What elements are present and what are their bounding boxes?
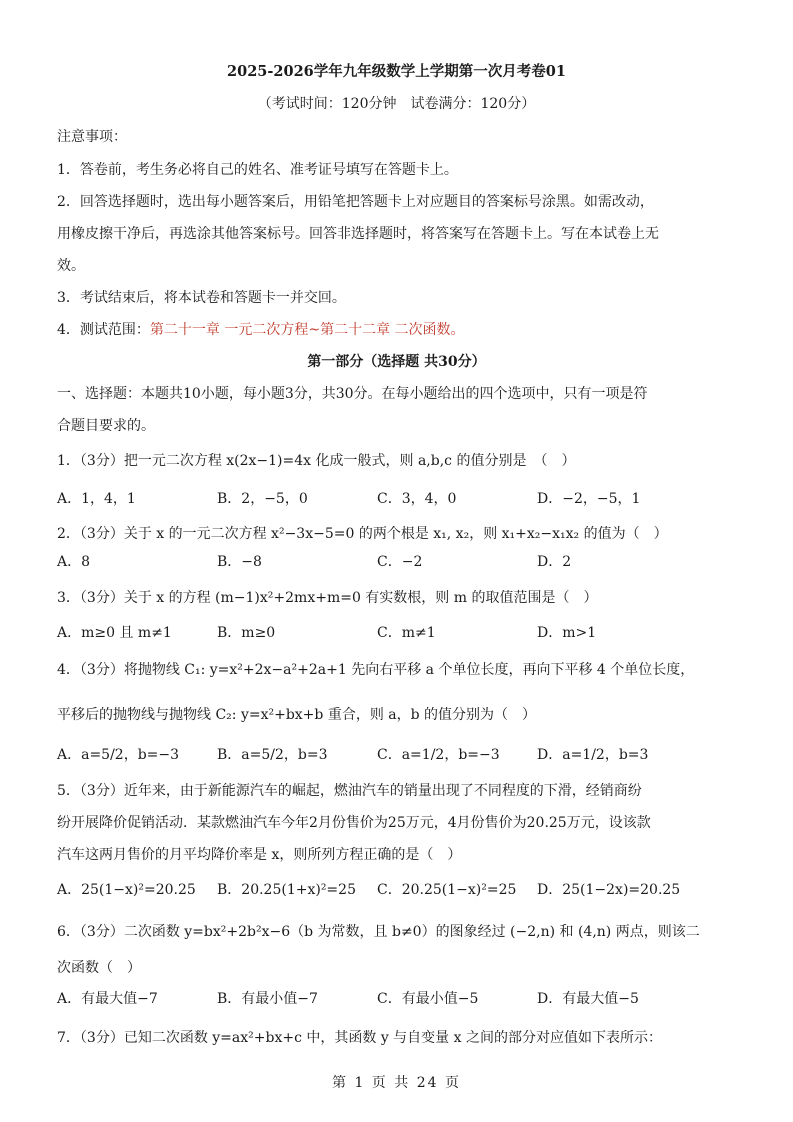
q4-option-d: D．a=1/2，b=3 (537, 745, 648, 765)
q6-option-c: C．有最小值−5 (377, 989, 478, 1009)
question-1-stem: 1．（3分）把一元二次方程 x(2x−1)=4x 化成一般式，则 a,b,c 的… (57, 451, 575, 471)
q2-option-d: D．2 (537, 552, 571, 572)
q1-option-d: D．−2，−5，1 (537, 489, 640, 509)
scope-label: 4．测试范围： (57, 322, 150, 338)
note-item-2-cont: 用橡皮擦干净后，再选涂其他答案标号。回答非选择题时，将答案写在答题卡上。写在本试… (57, 224, 659, 244)
note-item-2-end: 效。 (57, 256, 85, 276)
question-4-stem: 4．（3分）将抛物线 C₁: y=x²+2x−a²+2a+1 先向右平移 a 个… (57, 660, 694, 680)
exam-title: 2025-2026学年九年级数学上学期第一次月考卷01 (0, 62, 793, 82)
question-5-stem-end: 汽车这两月售价的月平均降价率是 x，则所列方程正确的是（ ） (57, 845, 461, 865)
q2-option-b: B．−8 (217, 552, 262, 572)
q5-option-a: A．25(1−x)²=20.25 (57, 880, 196, 900)
q6-option-b: B．有最小值−7 (217, 989, 318, 1009)
notes-heading: 注意事项： (57, 127, 127, 147)
question-5-stem: 5．（3分）近年来，由于新能源汽车的崛起，燃油汽车的销量出现了不同程度的下滑，经… (57, 781, 642, 801)
section-title: 第一部分（选择题 共30分） (0, 352, 793, 372)
question-2-stem: 2．（3分）关于 x 的一元二次方程 x²−3x−5=0 的两个根是 x₁, x… (57, 524, 668, 544)
q4-option-b: B．a=5/2，b=3 (217, 745, 328, 765)
q6-option-a: A．有最大值−7 (57, 989, 158, 1009)
q3-option-a: A．m≥0 且 m≠1 (57, 623, 172, 643)
q1-option-b: B．2，−5，0 (217, 489, 308, 509)
question-6-stem-cont: 次函数（ ） (57, 958, 141, 978)
question-7-stem: 7．（3分）已知二次函数 y=ax²+bx+c 中，其函数 y 与自变量 x 之… (57, 1028, 662, 1048)
q3-option-d: D．m>1 (537, 623, 596, 643)
q3-option-b: B．m≥0 (217, 623, 275, 643)
q4-option-a: A．a=5/2，b=−3 (57, 745, 179, 765)
q1-option-a: A．1，4，1 (57, 489, 136, 509)
section-intro-cont: 合题目要求的。 (57, 416, 155, 436)
note-item-1: 1．答卷前，考生务必将自己的姓名、准考证号填写在答题卡上。 (57, 160, 458, 180)
scope-value: 第二十一章 一元二次方程~第二十二章 二次函数。 (150, 322, 465, 338)
q5-option-b: B．20.25(1+x)²=25 (217, 880, 356, 900)
page-footer: 第 1 页 共 24 页 (0, 1072, 793, 1092)
q2-option-a: A．8 (57, 552, 90, 572)
question-4-stem-cont: 平移后的抛物线与抛物线 C₂: y=x²+bx+b 重合，则 a，b 的值分别为… (57, 705, 536, 725)
question-6-stem: 6．（3分）二次函数 y=bx²+2b²x−6（b 为常数，且 b≠0）的图象经… (57, 922, 700, 942)
note-item-4: 4．测试范围：第二十一章 一元二次方程~第二十二章 二次函数。 (57, 320, 465, 340)
section-intro: 一、选择题：本题共10小题，每小题3分，共30分。在每小题给出的四个选项中，只有… (57, 384, 648, 404)
q1-option-c: C．3，4，0 (377, 489, 456, 509)
question-3-stem: 3．（3分）关于 x 的方程 (m−1)x²+2mx+m=0 有实数根，则 m … (57, 588, 597, 608)
note-item-2: 2．回答选择题时，选出每小题答案后，用铅笔把答题卡上对应题目的答案标号涂黑。如需… (57, 192, 654, 212)
q6-option-d: D．有最大值−5 (537, 989, 639, 1009)
q4-option-c: C．a=1/2，b=−3 (377, 745, 500, 765)
question-5-stem-cont: 纷开展降价促销活动．某款燃油汽车今年2月份售价为25万元，4月份售价为20.25… (57, 813, 651, 833)
q5-option-d: D．25(1−2x)=20.25 (537, 880, 680, 900)
q3-option-c: C．m≠1 (377, 623, 436, 643)
note-item-3: 3．考试结束后，将本试卷和答题卡一并交回。 (57, 288, 346, 308)
q2-option-c: C．−2 (377, 552, 422, 572)
exam-subtitle: （考试时间：120分钟 试卷满分：120分） (0, 94, 793, 114)
q5-option-c: C．20.25(1−x)²=25 (377, 880, 516, 900)
